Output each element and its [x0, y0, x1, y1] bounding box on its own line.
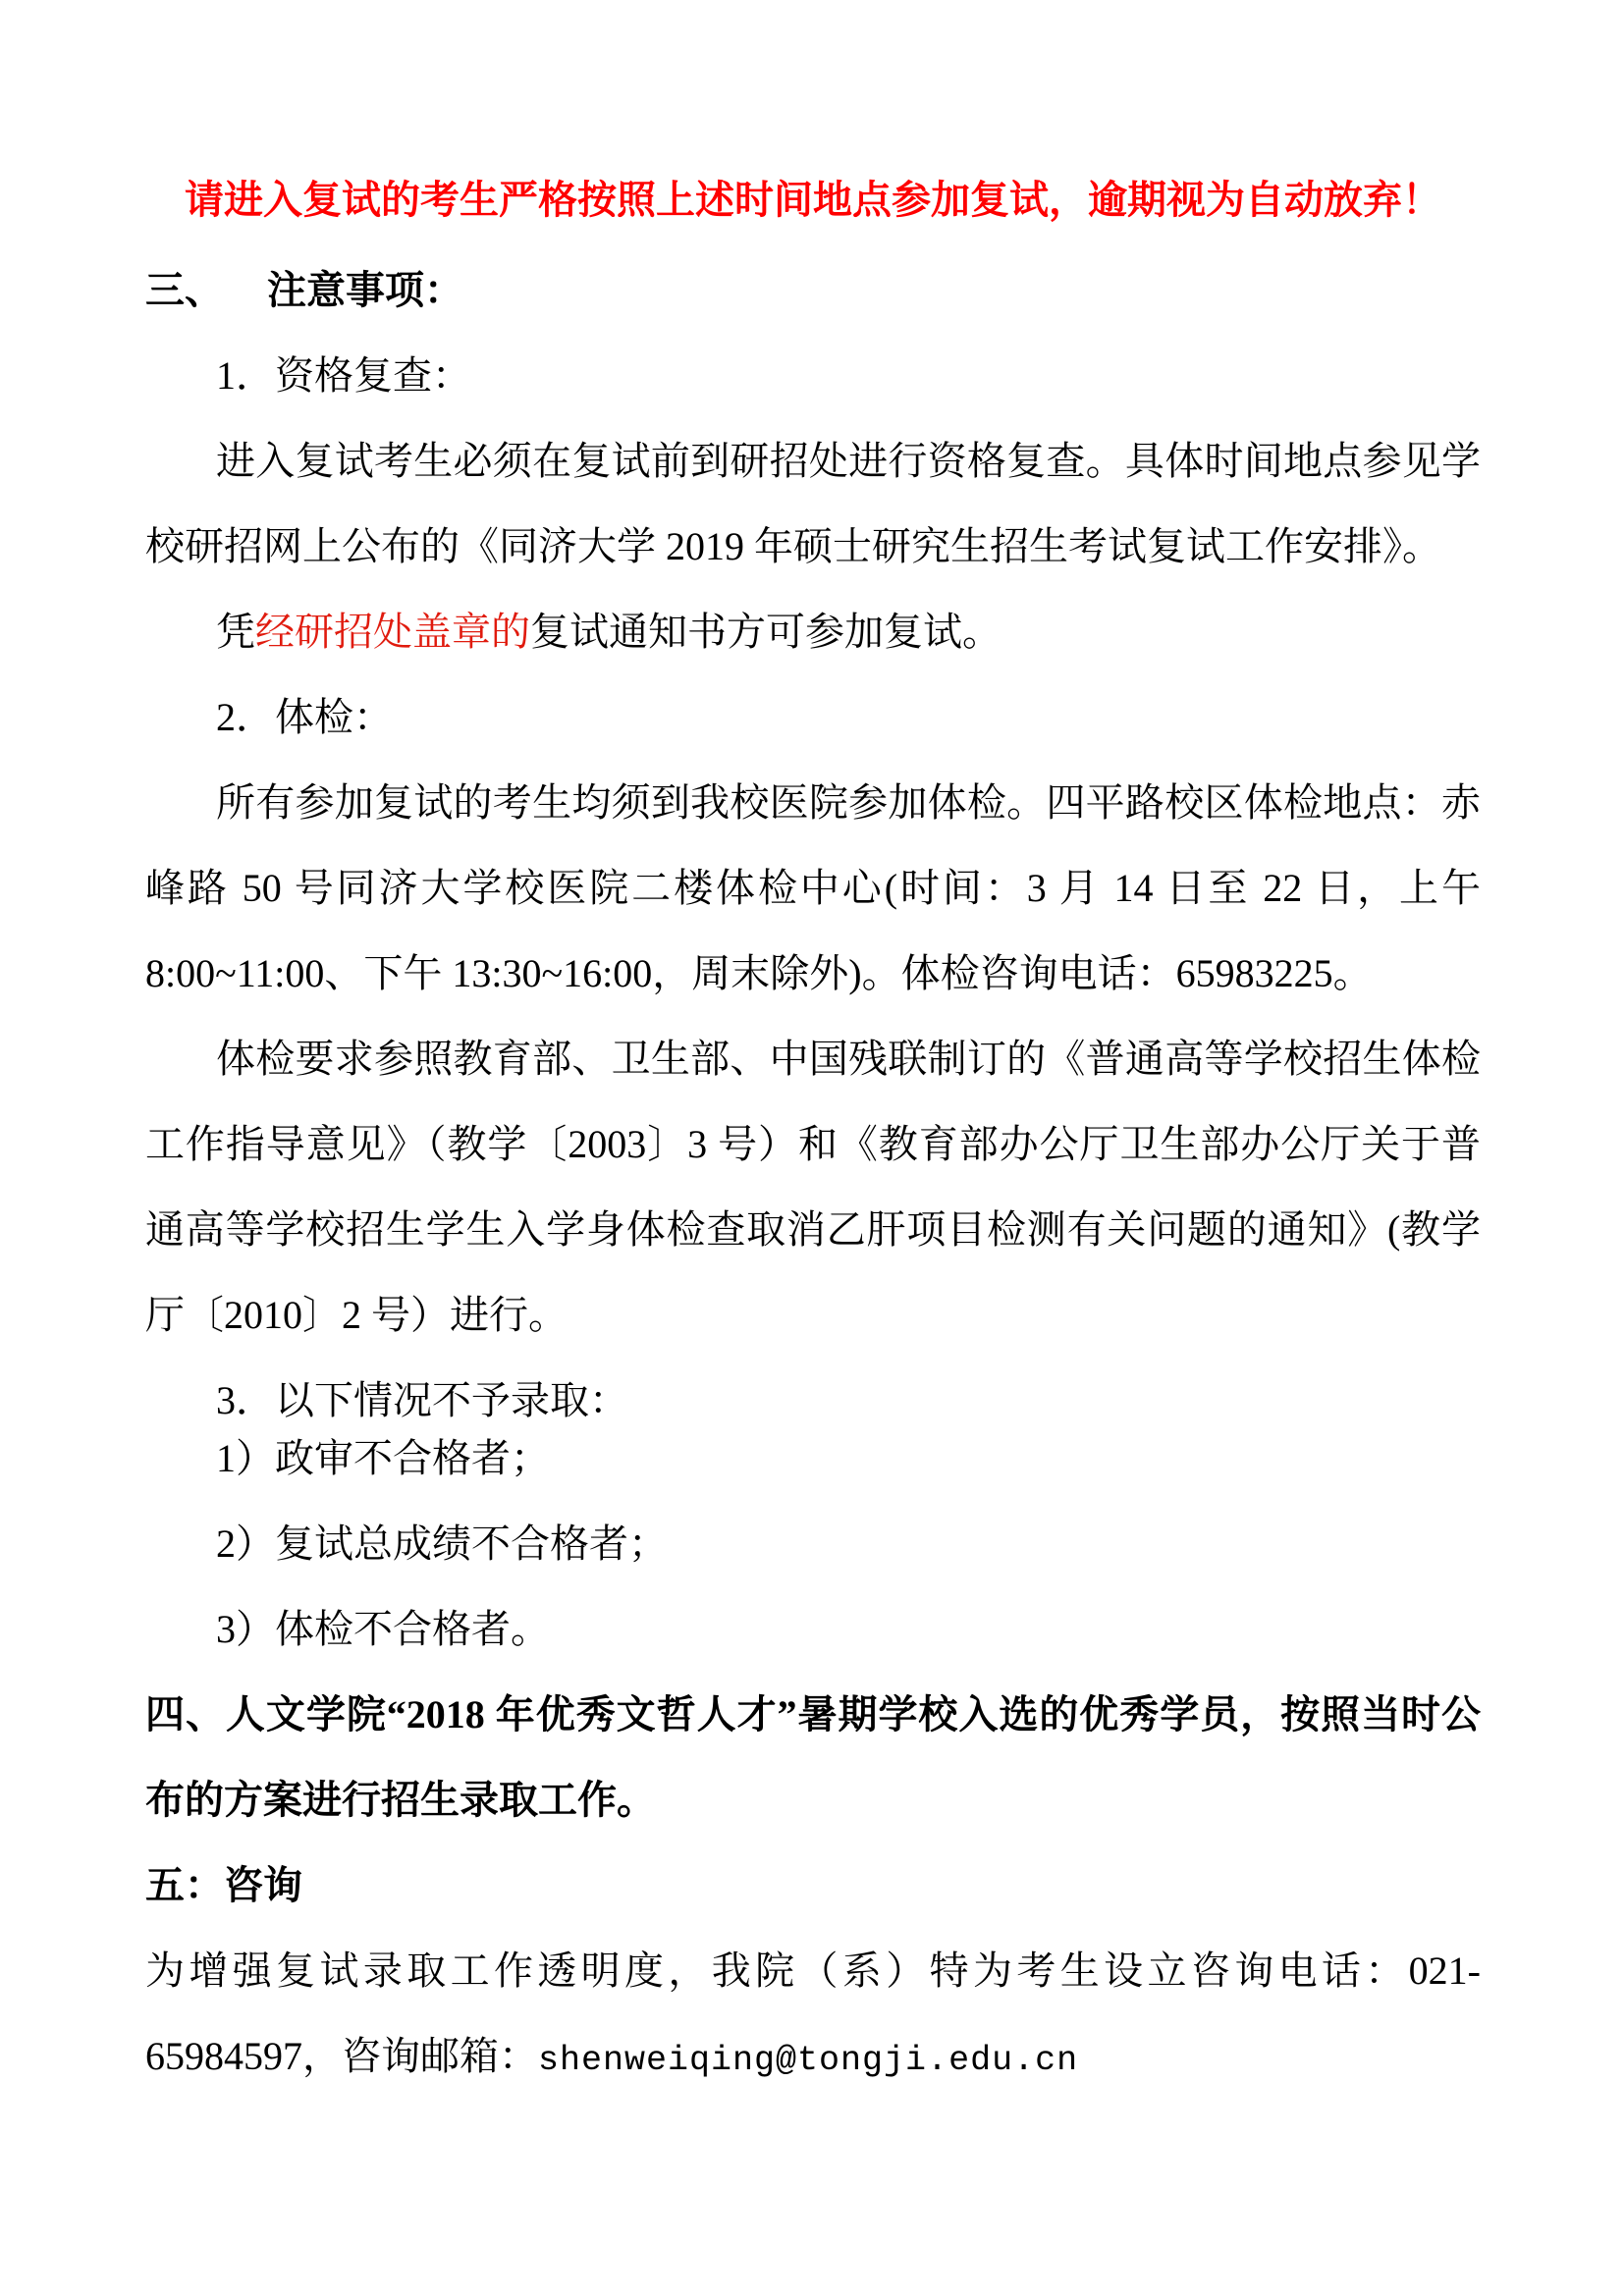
para-exam-requirements: 体检要求参照教育部、卫生部、中国残联制订的《普通高等学校招生体检工作指导意见》（… — [145, 1016, 1481, 1358]
document-page: 请进入复试的考生严格按照上述时间地点参加复试，逾期视为自动放弃！ 三、注意事项：… — [0, 0, 1624, 2296]
consultation-email: shenweiqing@tongji.edu.cn — [538, 2041, 1078, 2080]
section3-title: 注意事项： — [267, 268, 463, 312]
para-stamped-suffix: 复试通知书方可参加复试。 — [530, 610, 1001, 654]
para-consultation: 为增强复试录取工作透明度，我院（系）特为考生设立咨询电话：021-6598459… — [145, 1928, 1481, 2104]
item1-heading: 1．资格复查： — [145, 333, 1481, 418]
para-stamped-prefix: 凭 — [216, 610, 255, 654]
section3-heading: 三、注意事项： — [145, 247, 1481, 333]
para-qualification-recheck: 进入复试考生必须在复试前到研招处进行资格复查。具体时间地点参见学校研招网上公布的… — [145, 418, 1481, 589]
section5-heading: 五：咨询 — [145, 1842, 1481, 1928]
section4-heading: 四、人文学院“2018 年优秀文哲人才”暑期学校入选的优秀学员，按照当时公布的方… — [145, 1672, 1481, 1842]
rejection-item-1: 1）政审不合格者； — [145, 1415, 1481, 1501]
notice-banner: 请进入复试的考生严格按照上述时间地点参加复试，逾期视为自动放弃！ — [145, 157, 1481, 242]
para-physical-exam: 所有参加复试的考生均须到我校医院参加体检。四平路校区体检地点：赤峰路 50 号同… — [145, 760, 1481, 1016]
para-stamped-notice: 凭经研招处盖章的复试通知书方可参加复试。 — [145, 589, 1481, 674]
section3-marker: 三、 — [145, 268, 224, 312]
rejection-item-3: 3）体检不合格者。 — [145, 1586, 1481, 1672]
item2-heading: 2．体检： — [145, 674, 1481, 760]
para-stamped-red-text: 经研招处盖章的 — [255, 610, 530, 654]
rejection-item-2: 2）复试总成绩不合格者； — [145, 1501, 1481, 1586]
